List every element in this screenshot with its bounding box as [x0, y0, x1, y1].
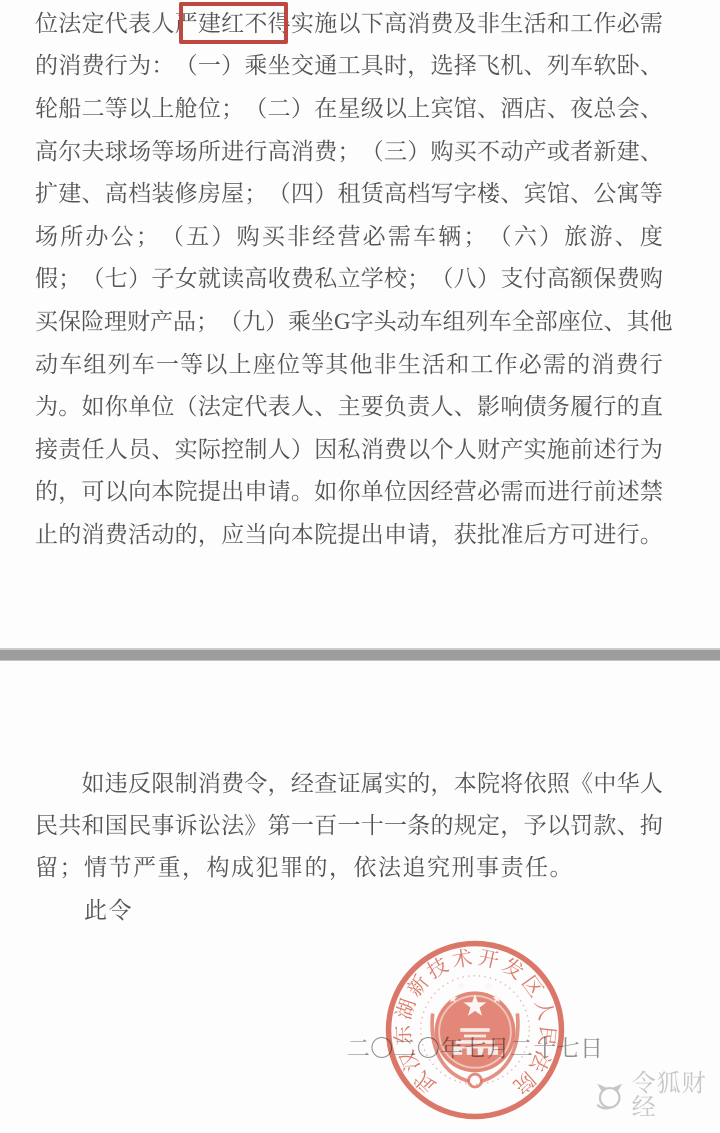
directive-line: 此令 — [35, 890, 663, 933]
text-line: 场所办公；（五）购买非经营必需车辆；（六）旅游、度 — [35, 215, 663, 258]
penalty-paragraph: 如违反限制消费令，经查证属实的，本院将依照《中华人 民共和国民事诉讼法》第一百一… — [35, 762, 663, 932]
text-line: 如违反限制消费令，经查证属实的，本院将依照《中华人 — [35, 762, 663, 805]
name-highlight-box — [179, 2, 288, 44]
national-emblem-icon — [432, 981, 518, 1087]
text-line: 位法定代表人严建红不得实施以下高消费及非生活和工作必需 — [35, 2, 663, 45]
text-line: 留；情节严重，构成犯罪的，依法追究刑事责任。 — [35, 847, 663, 890]
text-line: 轮船二等以上舱位；（二）在星级以上宾馆、酒店、夜总会、 — [35, 87, 663, 130]
section-divider — [0, 648, 720, 661]
text-line: 止的消费活动的，应当向本院提出申请，获批准后方可进行。 — [35, 513, 663, 556]
court-seal-stamp: 武汉东湖新技术开发区人民法院 — [383, 938, 567, 1122]
document-page: 位法定代表人严建红不得实施以下高消费及非生活和工作必需 的消费行为：（一）乘坐交… — [0, 0, 720, 1133]
text-line: 高尔夫球场等场所进行高消费；（三）购买不动产或者新建、 — [35, 130, 663, 173]
body-paragraph: 位法定代表人严建红不得实施以下高消费及非生活和工作必需 的消费行为：（一）乘坐交… — [35, 2, 663, 556]
text-line: 为。如你单位（法定代表人、主要负责人、影响债务履行的直 — [35, 385, 663, 428]
text-line: 动车组列车一等以上座位等其他非生活和工作必需的消费行 — [35, 343, 663, 386]
text-line: 的消费行为：（一）乘坐交通工具时，选择飞机、列车软卧、 — [35, 45, 663, 88]
watermark-label: 令狐财经 — [632, 1072, 720, 1120]
text-line: 接责任人员、实际控制人）因私消费以个人财产实施前述行为 — [35, 428, 663, 471]
text-line: 民共和国民事诉讼法》第一百一十一条的规定，予以罚款、拘 — [35, 805, 663, 848]
fox-logo-icon — [592, 1079, 626, 1113]
text-line: 的，可以向本院提出申请。如你单位因经营必需而进行前述禁 — [35, 471, 663, 514]
text-line: 买保险理财产品；（九）乘坐G字头动车组列车全部座位、其他 — [35, 300, 663, 343]
watermark: 令狐财经 — [592, 1076, 720, 1116]
text-line: 扩建、高档装修房屋；（四）租赁高档写字楼、宾馆、公寓等 — [35, 172, 663, 215]
text-line: 假；（七）子女就读高收费私立学校；（八）支付高额保费购 — [35, 258, 663, 301]
